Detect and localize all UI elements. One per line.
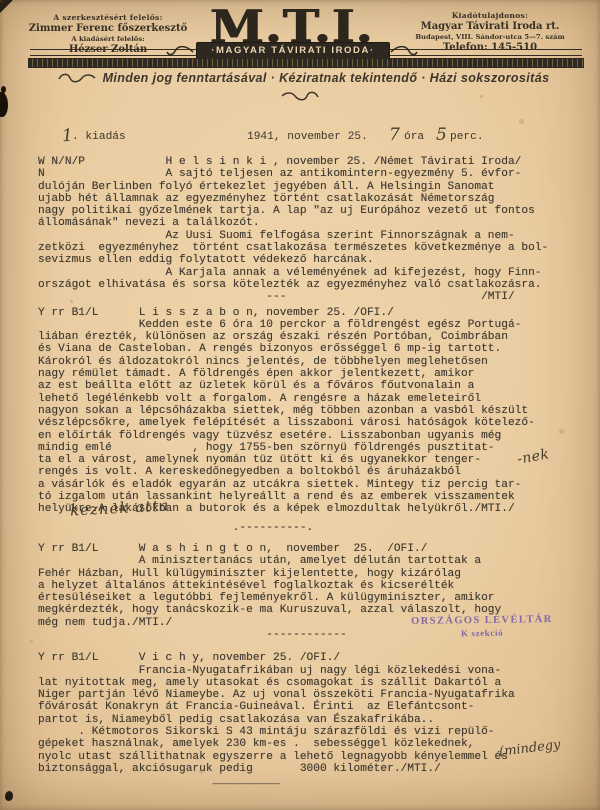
document-line: lehető legélénkebb volt a forgalom. A re… — [38, 393, 583, 405]
date-text: 1941, november 25. — [247, 130, 368, 144]
document-line: --- /MTI/ — [38, 291, 583, 303]
document-line: Niger partján lévő Niameybe. Az uj vonal… — [38, 689, 583, 701]
document-line: N A sajtó teljesen az antikomintern-egye… — [38, 168, 583, 180]
document-line: liában érezték, különösen az ország észa… — [38, 331, 583, 343]
scroll-ornament-icon — [57, 72, 97, 84]
document-line: W N/N/P H e l s i n k i , november 25. /… — [38, 156, 583, 168]
document-line: nagy rémület támadt. A földrengés épen a… — [38, 368, 583, 380]
credit-line: A kiadásért felelős: — [18, 35, 198, 44]
document-line: .----------. — [38, 522, 583, 534]
document-line: állomásának" nevezi a találkozót. — [38, 217, 583, 229]
handwritten-hour: 7 — [389, 125, 400, 145]
document-line: lat nyitottak meg, amely utasokat és cso… — [38, 677, 583, 689]
document-line: A Karjala annak a véleményének ad kifeje… — [38, 267, 583, 279]
document-line: dulóján Berlinben folyó értekezlet jegyé… — [38, 181, 583, 193]
document-line: biztonsággal, akciósugaruk pedig 3000 ki… — [38, 763, 583, 775]
stamp-title: ORSZÁGOS LEVÉLTÁR — [394, 614, 570, 628]
hour-label: óra — [404, 130, 424, 144]
scroll-ornament-icon — [280, 90, 320, 102]
edition-label: . kiadás — [72, 130, 126, 144]
document-line: nagyon sokan a lépcsőházakba siettek, mé… — [38, 405, 583, 417]
document-line: fővárosát Konakryn át Francia-Guineával.… — [38, 701, 583, 713]
document-line: partot is, Niameyből pedig csatlakozása … — [38, 714, 583, 726]
credit-line: Magyar Távirati Iroda rt. — [396, 21, 584, 33]
document-line: nagy politikai győzelmének tartja. A lap… — [38, 205, 583, 217]
document-line: az est beállta előtt az üzletek körül és… — [38, 380, 583, 392]
document-line: sevizmus ellen eddig folytatott védekező… — [38, 254, 583, 266]
edition-date-line: 1 . kiadás 1941, november 25. 7 óra 5 pe… — [0, 128, 600, 150]
ink-blot — [1, 86, 6, 93]
publisher-credits: Kiadótulajdonos: Magyar Távirati Iroda r… — [396, 11, 584, 54]
document-page: A szerkesztésért felelős: Zimmer Ferenc … — [0, 0, 600, 810]
article-helsinki: W N/N/P H e l s i n k i , november 25. /… — [38, 156, 583, 304]
document-line: __________ — [38, 775, 583, 787]
archive-stamp: ORSZÁGOS LEVÉLTÁR K szekció — [394, 614, 570, 640]
credit-line: Budapest, VIII. Sándor-utca 5—7. szám — [396, 33, 584, 42]
document-line: A minisztertanács után, amelyet délután … — [38, 555, 583, 567]
document-line: a helyzet általános áttekintésével fogla… — [38, 580, 583, 592]
document-line: Fehér Házban, Hull külügyminiszter kijel… — [38, 568, 583, 580]
credit-line: A szerkesztésért felelős: — [18, 13, 198, 23]
document-line: zetközi egyezményhez történt csatlakozás… — [38, 242, 583, 254]
document-line: Y rr B1/L V i c h y, november 25. /OFI./ — [38, 652, 583, 664]
ink-blot — [0, 92, 8, 117]
document-line: . Kétmotoros Sikorski S 43 mintáju szára… — [38, 726, 583, 738]
document-line: Y rr B1/L L i s s z a b o n, november 25… — [38, 307, 583, 319]
document-line: Az Uusi Suomi felfogása szerint Finnorsz… — [38, 230, 583, 242]
hatched-rule — [28, 58, 584, 68]
article-vichy: Y rr B1/L V i c h y, november 25. /OFI./… — [38, 652, 583, 787]
credit-line: Kiadótulajdonos: — [396, 11, 584, 21]
flourish-ornament-icon — [390, 44, 418, 58]
document-line: Francia-Nyugatafrikában uj nagy légi köz… — [38, 665, 583, 677]
document-line: rengés is volt. A kereskedőnegyedben a b… — [38, 466, 583, 478]
document-line: vészlépcsőkre, amelyek felépítését a lis… — [38, 417, 583, 429]
document-line: országot elhivatása és sorsa kötelezték … — [38, 279, 583, 291]
article-body: W N/N/P H e l s i n k i , november 25. /… — [38, 156, 583, 788]
document-line: ujabb hét államnak az egyezményhez törté… — [38, 193, 583, 205]
document-line: és Viana de Casteloban. A rengés bizonyo… — [38, 343, 583, 355]
ink-speck — [5, 791, 13, 801]
paper-foxing-spots — [0, 0, 3, 3]
document-line: ta el a várost, amelynek nyomán tüz ütöt… — [38, 454, 583, 466]
minute-label: perc. — [450, 130, 484, 144]
credit-line: Zimmer Ferenc főszerkesztő — [18, 23, 198, 35]
handwritten-minute: 5 — [436, 125, 447, 145]
document-line: Y rr B1/L W a s h i n g t o n, november … — [38, 543, 583, 555]
document-line: en előírták földrengés vagy tüzvész eset… — [38, 430, 583, 442]
document-line: a vásárlók és eladók egyarán az utcákra … — [38, 479, 583, 491]
document-line: Kedden este 6 óra 10 perckor a földrengé… — [38, 319, 583, 331]
flourish-ornament-icon — [166, 44, 194, 58]
tagline-row: Minden jog fenntartásával · Kéziratnak t… — [30, 69, 570, 105]
document-line: mindig emlé , hogy 1755-ben szörnyü föld… — [38, 442, 583, 454]
document-line: Károkról és áldozatokról nincs jelentés,… — [38, 356, 583, 368]
document-line: értesüléseiket a legutóbbi fejleményekrő… — [38, 592, 583, 604]
rights-tagline: Minden jog fenntartásával · Kéziratnak t… — [103, 69, 550, 87]
